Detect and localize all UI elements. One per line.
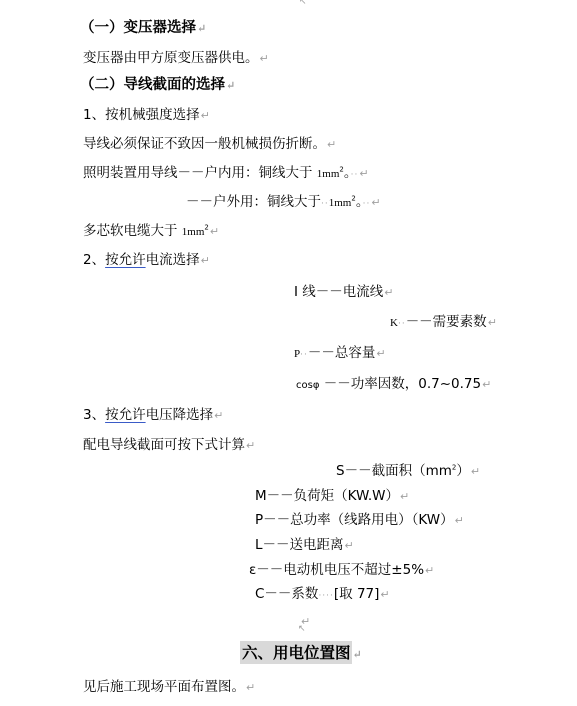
paragraph-mark-icon: ↵ [488, 316, 497, 329]
paragraph-mark-icon: ↵ [359, 167, 368, 180]
def-demand-factor: K··－－需要素数↵ [390, 313, 497, 333]
var-total-power: P－－总功率（线路用电）（KW）↵ [255, 511, 464, 530]
section2-heading: （二）导线截面的选择↵ [80, 76, 235, 95]
lighting-outdoor-line: －－户外用：铜线大于··1mm2。··↵ [186, 193, 381, 213]
paragraph-mark-icon: ↵ [246, 681, 255, 694]
section1-body: 变压器由甲方原变压器供电。↵ [83, 49, 269, 68]
paragraph-mark-icon: ↵ [226, 79, 235, 92]
paragraph-mark-icon: ↵ [384, 286, 393, 299]
item3-heading: 3、按允许电压降选择↵ [83, 406, 223, 425]
paragraph-mark-icon: ↵ [327, 138, 336, 151]
paragraph-mark-icon: ↵ [210, 225, 219, 238]
spellcheck-underline-text: 按允许 [105, 252, 146, 268]
paragraph-mark-icon: ↵ [201, 109, 210, 122]
paragraph-mark-icon: ↵ [455, 514, 464, 527]
paragraph-mark-icon: ↵ [260, 52, 269, 65]
paragraph-mark-icon: ↵ [201, 254, 210, 267]
var-coefficient: C－－系数····[取 77]↵ [255, 585, 390, 605]
def-current: I 线－－电流线↵ [294, 283, 394, 302]
section6-heading: 六、用电位置图↵ [240, 644, 362, 664]
paragraph-mark-icon: ↵ [471, 465, 480, 478]
lighting-indoor-line: 照明装置用导线－－户内用：铜线大于 1mm2。··↵ [83, 164, 369, 184]
cursor-marker: ↖ [298, 624, 306, 634]
paragraph-mark-icon: ↵ [353, 648, 362, 661]
paragraph-mark-icon: ↵ [400, 490, 409, 503]
paragraph-mark-icon: ↵ [425, 564, 434, 577]
var-load-moment: M－－负荷矩（KW.W）↵ [255, 487, 409, 506]
formula-intro: 配电导线截面可按下式计算↵ [83, 436, 255, 455]
var-section-area: S－－截面积（mm2）↵ [336, 462, 480, 481]
highlighted-heading-text: 六、用电位置图 [240, 641, 352, 664]
paragraph-mark-icon: ↵ [482, 378, 491, 391]
var-distance: L－－送电距离↵ [255, 536, 354, 555]
def-power-factor: cosφ －－功率因数，0.7~0.75↵ [296, 375, 491, 395]
item1-body: 导线必须保证不致因一般机械损伤折断。↵ [83, 135, 336, 154]
item1-heading: 1、按机械强度选择↵ [83, 106, 210, 125]
def-capacity: P··－－总容量↵ [294, 344, 386, 364]
var-voltage-drop: ε－－电动机电压不超过±5%↵ [249, 561, 434, 580]
section6-body: 见后施工现场平面布置图。↵ [83, 678, 255, 697]
paragraph-mark-icon: ↵ [376, 347, 385, 360]
paragraph-mark-icon: ↵ [380, 588, 389, 601]
item2-heading: 2、按允许电流选择↵ [83, 251, 210, 270]
paragraph-mark-icon: ↵ [246, 439, 255, 452]
section1-heading: （一）变压器选择↵ [80, 19, 206, 38]
paragraph-mark-icon: ↵ [214, 409, 223, 422]
paragraph-mark-icon: ↵ [371, 196, 380, 209]
cable-line: 多芯软电缆大于 1mm2↵ [83, 222, 219, 241]
paragraph-mark-icon: ↵ [345, 539, 354, 552]
paragraph-mark-icon: ↵ [197, 22, 206, 35]
cursor-marker: ↖ [299, 0, 307, 7]
spellcheck-underline-text: 按允许 [105, 407, 146, 423]
